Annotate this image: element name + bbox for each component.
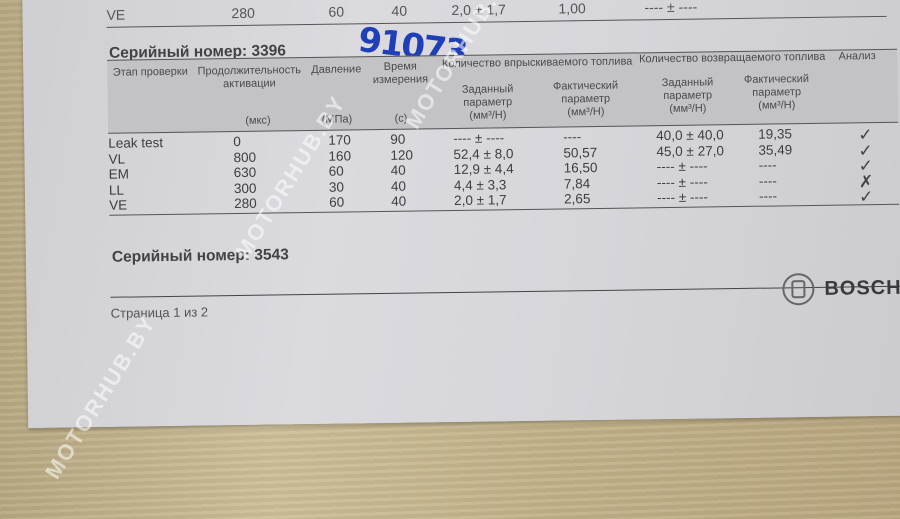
cell-duration: 630 [234, 165, 257, 180]
col-returned-actual-unit: (мм³/Н) [736, 99, 818, 113]
cell-time: 40 [391, 194, 406, 209]
cell-stage: VL [108, 151, 125, 166]
cell-stage: VE [106, 7, 125, 23]
cell-inj-target: 2,0 ± 1,7 [454, 192, 507, 208]
cell-ret-target: 40,0 ± 40,0 [656, 127, 724, 143]
cell-ret-actual: 35,49 [758, 142, 792, 157]
cell-time: 90 [390, 132, 405, 147]
cell-stage: LL [109, 182, 124, 197]
cell-duration: 300 [234, 180, 257, 195]
cell-pressure: 60 [329, 164, 344, 179]
cell-inj-actual: ---- [563, 129, 581, 144]
cell-ret-actual: ---- [759, 188, 777, 203]
cell-duration: 800 [233, 149, 256, 164]
bosch-armature-icon [782, 273, 814, 305]
col-analysis: Анализ [827, 50, 887, 64]
cell-stage: Leak test [108, 135, 163, 151]
col-returned-group: Количество возвращаемого топлива [637, 51, 827, 67]
col-pressure: Давление [305, 63, 367, 77]
table-header: Этап проверки Продолжительность активаци… [107, 49, 898, 134]
cell-duration: 280 [234, 196, 257, 211]
cell-pressure: 30 [329, 179, 344, 194]
cell-inj-actual: 2,65 [564, 191, 590, 206]
cell-pressure: 160 [328, 148, 351, 163]
cell-time: 40 [391, 178, 406, 193]
cell-duration: 0 [233, 134, 241, 149]
cell-time: 120 [390, 147, 413, 162]
col-injected-target: Заданный параметр [447, 83, 527, 110]
cell-inj-actual: 1,00 [558, 0, 585, 16]
brand-name: BOSCH [824, 276, 900, 300]
col-injected-actual: Фактический параметр [545, 80, 625, 107]
cell-inj-target: 4,4 ± 3,3 [454, 177, 507, 193]
cell-pressure: 60 [328, 4, 344, 20]
cell-ret-actual: ---- [759, 173, 777, 188]
col-returned-target-unit: (мм³/Н) [648, 102, 728, 116]
col-duration: Продолжительность активации [193, 64, 305, 92]
cell-ret-target: ---- ± ---- [657, 189, 708, 205]
col-returned-target: Заданный параметр [647, 76, 727, 103]
col-returned-actual: Фактический параметр [735, 73, 817, 100]
cell-ret-target: ---- ± ---- [657, 158, 708, 174]
cell-ret-target: ---- ± ---- [644, 0, 697, 15]
cell-inj-target: 12,9 ± 4,4 [454, 161, 514, 177]
cell-inj-actual: 16,50 [564, 160, 598, 175]
cell-pressure: 60 [329, 195, 344, 210]
cell-ret-target: 45,0 ± 27,0 [656, 143, 724, 159]
cell-inj-target: 52,4 ± 8,0 [453, 146, 513, 162]
cell-time: 40 [391, 3, 407, 19]
cell-duration: 280 [231, 5, 255, 21]
cell-ret-target: ---- ± ---- [657, 174, 708, 190]
serial-number-heading-2: Серийный номер: 3543 [112, 246, 289, 266]
cell-inj-target: ---- ± ---- [453, 130, 504, 146]
col-injected-actual-unit: (мм³/Н) [546, 106, 626, 120]
cell-inj-actual: 50,57 [563, 144, 597, 159]
col-injected-target-unit: (мм³/Н) [448, 109, 528, 123]
page-number: Страница 1 из 2 [111, 304, 209, 320]
cell-time: 40 [391, 163, 406, 178]
bosch-logo: BOSCH [782, 272, 900, 306]
cell-stage: VE [109, 198, 127, 213]
cell-inj-actual: 7,84 [564, 176, 590, 191]
cell-ret-actual: ---- [759, 157, 777, 172]
cell-stage: EM [109, 167, 129, 182]
col-duration-unit: (мкс) [228, 114, 288, 128]
col-stage: Этап проверки [107, 66, 193, 80]
cell-ret-actual: 19,35 [758, 126, 792, 141]
